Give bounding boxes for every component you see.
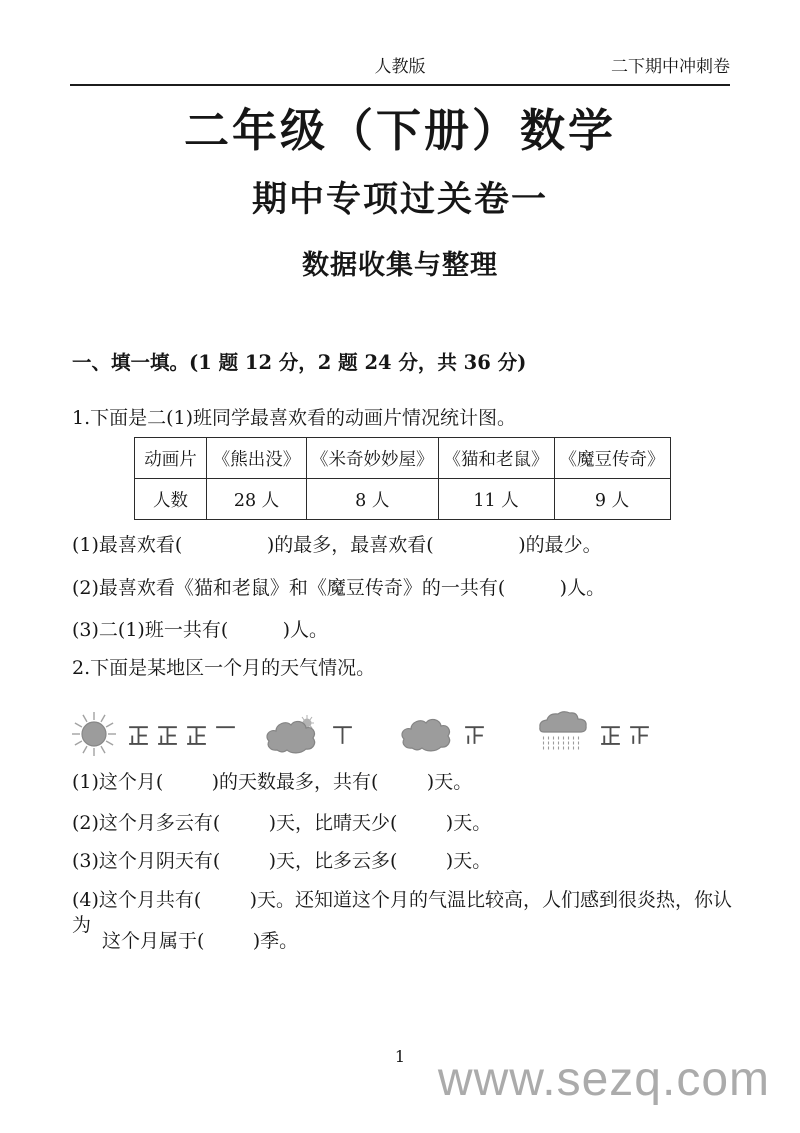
question2-sub1: (1)这个月( )的天数最多，共有( )天。 (72, 770, 740, 795)
tally-marks (331, 722, 354, 747)
table-data-cell: 9 人 (554, 479, 670, 520)
weather-item-sunny (70, 698, 237, 770)
question1-sub3: (3)二(1)班一共有( )人。 (72, 618, 740, 643)
table-header-row: 动画片 《熊出没》 《米奇妙妙屋》 《猫和老鼠》 《魔豆传奇》 (135, 438, 671, 479)
table-header-cell: 《米奇妙妙屋》 (307, 438, 439, 479)
question1-sub1: (1)最喜欢看( )的最多，最喜欢看( )的最少。 (72, 533, 740, 558)
weather-item-partly-cloudy (264, 698, 354, 770)
worksheet-page: 人教版 二下期中冲刺卷 二年级（下册）数学 期中专项过关卷一 数据收集与整理 一… (0, 0, 800, 1133)
cartoon-survey-table: 动画片 《熊出没》 《米奇妙妙屋》 《猫和老鼠》 《魔豆传奇》 人数 28 人 … (134, 437, 671, 520)
rain-icon (536, 711, 590, 757)
edition-label: 人教版 (375, 52, 426, 77)
partly-cloudy-icon (264, 712, 322, 756)
table-header-cell: 《熊出没》 (207, 438, 307, 479)
table-data-cell: 28 人 (207, 479, 307, 520)
table-header-cell: 动画片 (135, 438, 207, 479)
weather-item-overcast (400, 698, 486, 770)
topic-title: 数据收集与整理 (0, 243, 800, 282)
header-divider (70, 84, 730, 86)
tally-marks (599, 722, 651, 747)
table-data-cell: 8 人 (307, 479, 439, 520)
question1-sub2: (2)最喜欢看《猫和老鼠》和《魔豆传奇》的一共有( )人。 (72, 576, 740, 601)
watermark: www.sezq.com (438, 1052, 770, 1107)
exam-series-label: 二下期中冲刺卷 (611, 52, 730, 77)
table-data-cell: 11 人 (438, 479, 554, 520)
tally-marks (463, 722, 486, 747)
question2-sub2: (2)这个月多云有( )天，比晴天少( )天。 (72, 811, 740, 836)
question2-sub3: (3)这个月阴天有( )天，比多云多( )天。 (72, 849, 740, 874)
overcast-cloud-icon (400, 715, 454, 753)
question2-sub4-continuation: 这个月属于( )季。 (102, 929, 740, 954)
tally-marks (127, 722, 237, 747)
weather-tally-chart (70, 698, 760, 770)
section-heading: 一、填一填。(1 题 12 分，2 题 24 分，共 36 分) (72, 350, 740, 375)
question1-intro: 1.下面是二(1)班同学最喜欢看的动画片情况统计图。 (72, 406, 740, 431)
table-header-cell: 《魔豆传奇》 (554, 438, 670, 479)
exam-subtitle: 期中专项过关卷一 (0, 172, 800, 222)
weather-item-rainy (536, 698, 651, 770)
table-data-row: 人数 28 人 8 人 11 人 9 人 (135, 479, 671, 520)
table-header-cell: 《猫和老鼠》 (438, 438, 554, 479)
sun-icon (70, 710, 118, 758)
table-data-cell: 人数 (135, 479, 207, 520)
question2-intro: 2.下面是某地区一个月的天气情况。 (72, 656, 740, 681)
main-title: 二年级（下册）数学 (0, 94, 800, 159)
page-header: 人教版 二下期中冲刺卷 (70, 52, 730, 78)
